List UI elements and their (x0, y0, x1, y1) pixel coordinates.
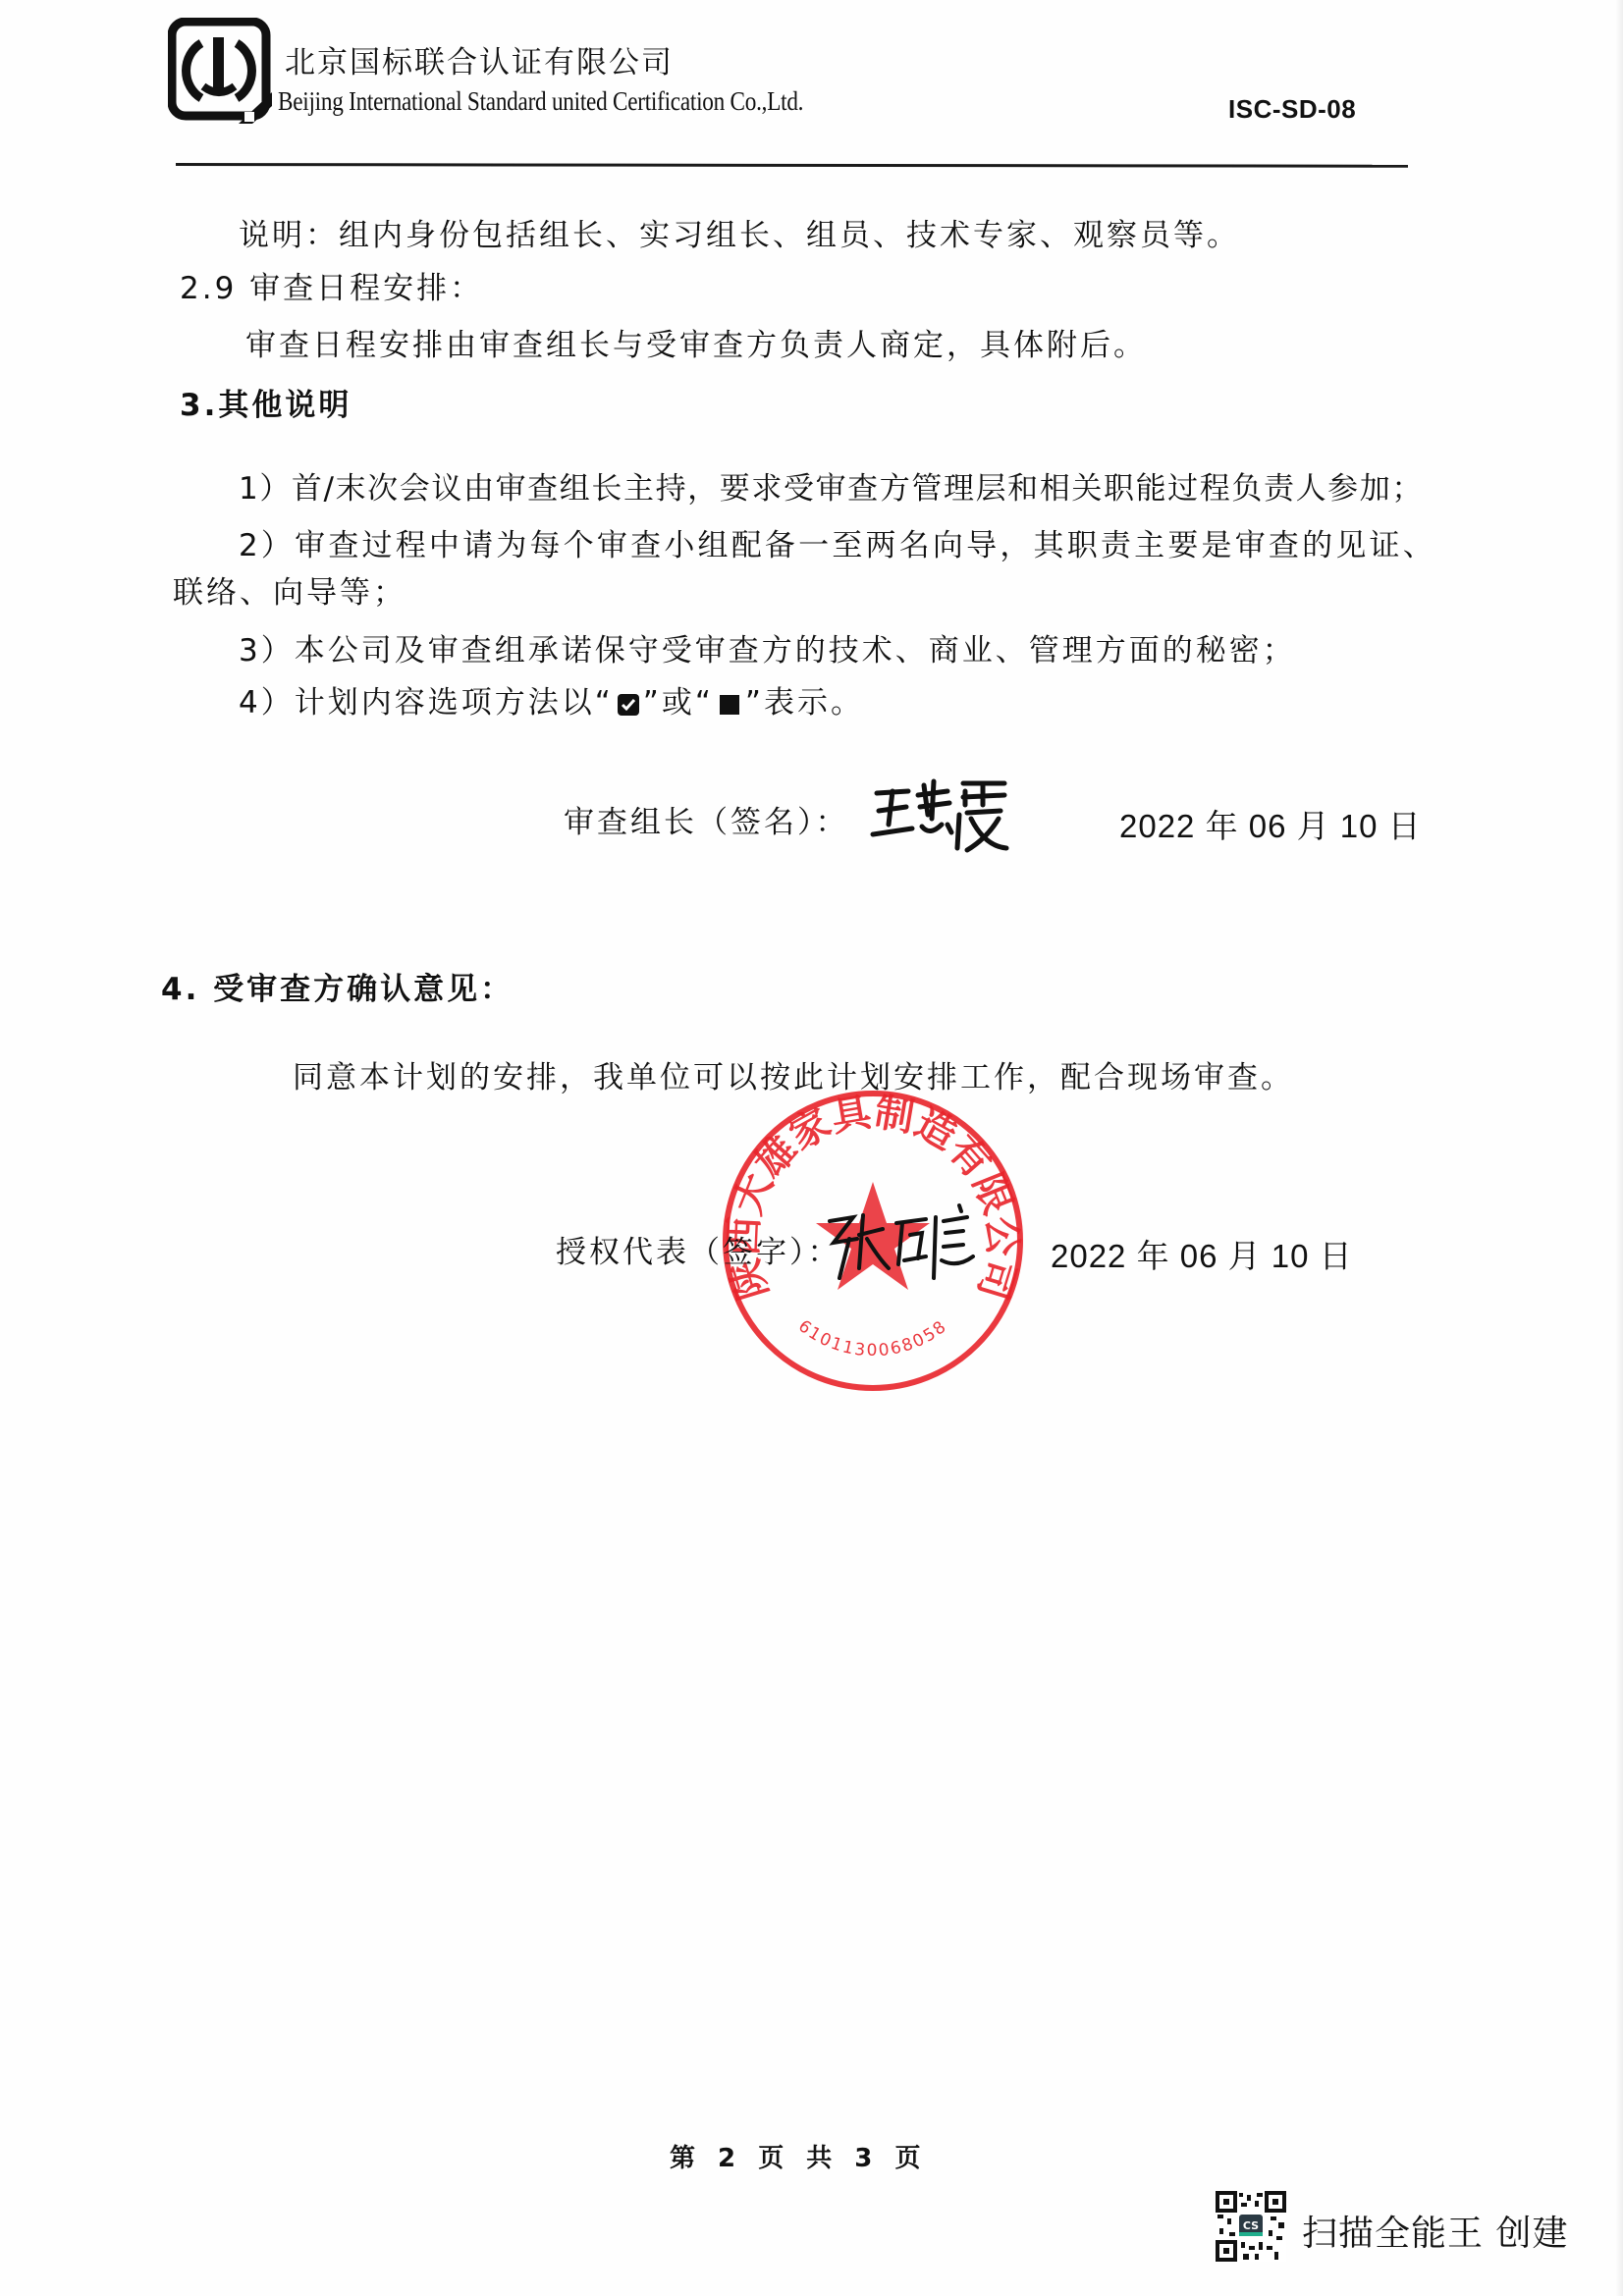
authorized-rep-signature (820, 1200, 977, 1283)
page-edge-shadow (1615, 0, 1623, 2296)
company-logo-icon (168, 18, 272, 124)
item-4-suffix: ”表示。 (745, 685, 864, 721)
filled-square-icon (720, 695, 739, 715)
item-4-prefix: 4）计划内容选项方法以“ (239, 685, 614, 721)
qr-code-icon: CS (1216, 2191, 1286, 2262)
authorized-rep-date: 2022 年 06 月 10 日 (1051, 1231, 1353, 1277)
item-4-mid: ”或“ (643, 685, 714, 721)
document-page: 北京国标联合认证有限公司 Beijing International Stand… (0, 0, 1623, 2296)
checkbox-checked-icon (618, 694, 639, 716)
section-3-item-3: 3）本公司及审查组承诺保守受审查方的技术、商业、管理方面的秘密； (239, 625, 1296, 669)
section-2-9-title: 2.9 审查日程安排： (180, 263, 483, 307)
company-name-cn: 北京国标联合认证有限公司 (285, 37, 674, 81)
document-code: ISC-SD-08 (1228, 94, 1356, 125)
section-3-title: 3.其他说明 (180, 380, 352, 424)
seal-number: 6101130068058 (794, 1316, 951, 1361)
svg-text:6101130068058: 6101130068058 (794, 1316, 951, 1361)
section-3-item-4: 4）计划内容选项方法以“”或“”表示。 (239, 677, 864, 721)
section-3-item-1: 1）首/末次会议由审查组长主持，要求受审查方管理层和相关职能过程负责人参加； (239, 463, 1424, 507)
page-number: 第 2 页 共 3 页 (670, 2138, 927, 2174)
audit-leader-signature (869, 775, 1016, 854)
company-name-en: Beijing International Standard united Ce… (278, 86, 803, 117)
audit-leader-date: 2022 年 06 月 10 日 (1119, 801, 1422, 847)
section-3-item-2: 2）审查过程中请为每个审查小组配备一至两名向导，其职责主要是审查的见证、 (239, 520, 1436, 564)
section-4-title: 4. 受审查方确认意见： (161, 964, 514, 1008)
header-divider (176, 163, 1408, 168)
scanner-watermark-text: 扫描全能王 创建 (1302, 2206, 1568, 2256)
role-note: 说明：组内身份包括组长、实习组长、组员、技术专家、观察员等。 (239, 210, 1240, 254)
section-2-9-text: 审查日程安排由审查组长与受审查方负责人商定，具体附后。 (245, 320, 1147, 364)
section-3-item-2-cont: 联络、向导等； (173, 567, 406, 612)
authorized-rep-label: 授权代表（签字）： (556, 1227, 841, 1271)
audit-leader-label: 审查组长（签名）： (564, 797, 849, 841)
qr-badge: CS (1243, 2219, 1259, 2232)
